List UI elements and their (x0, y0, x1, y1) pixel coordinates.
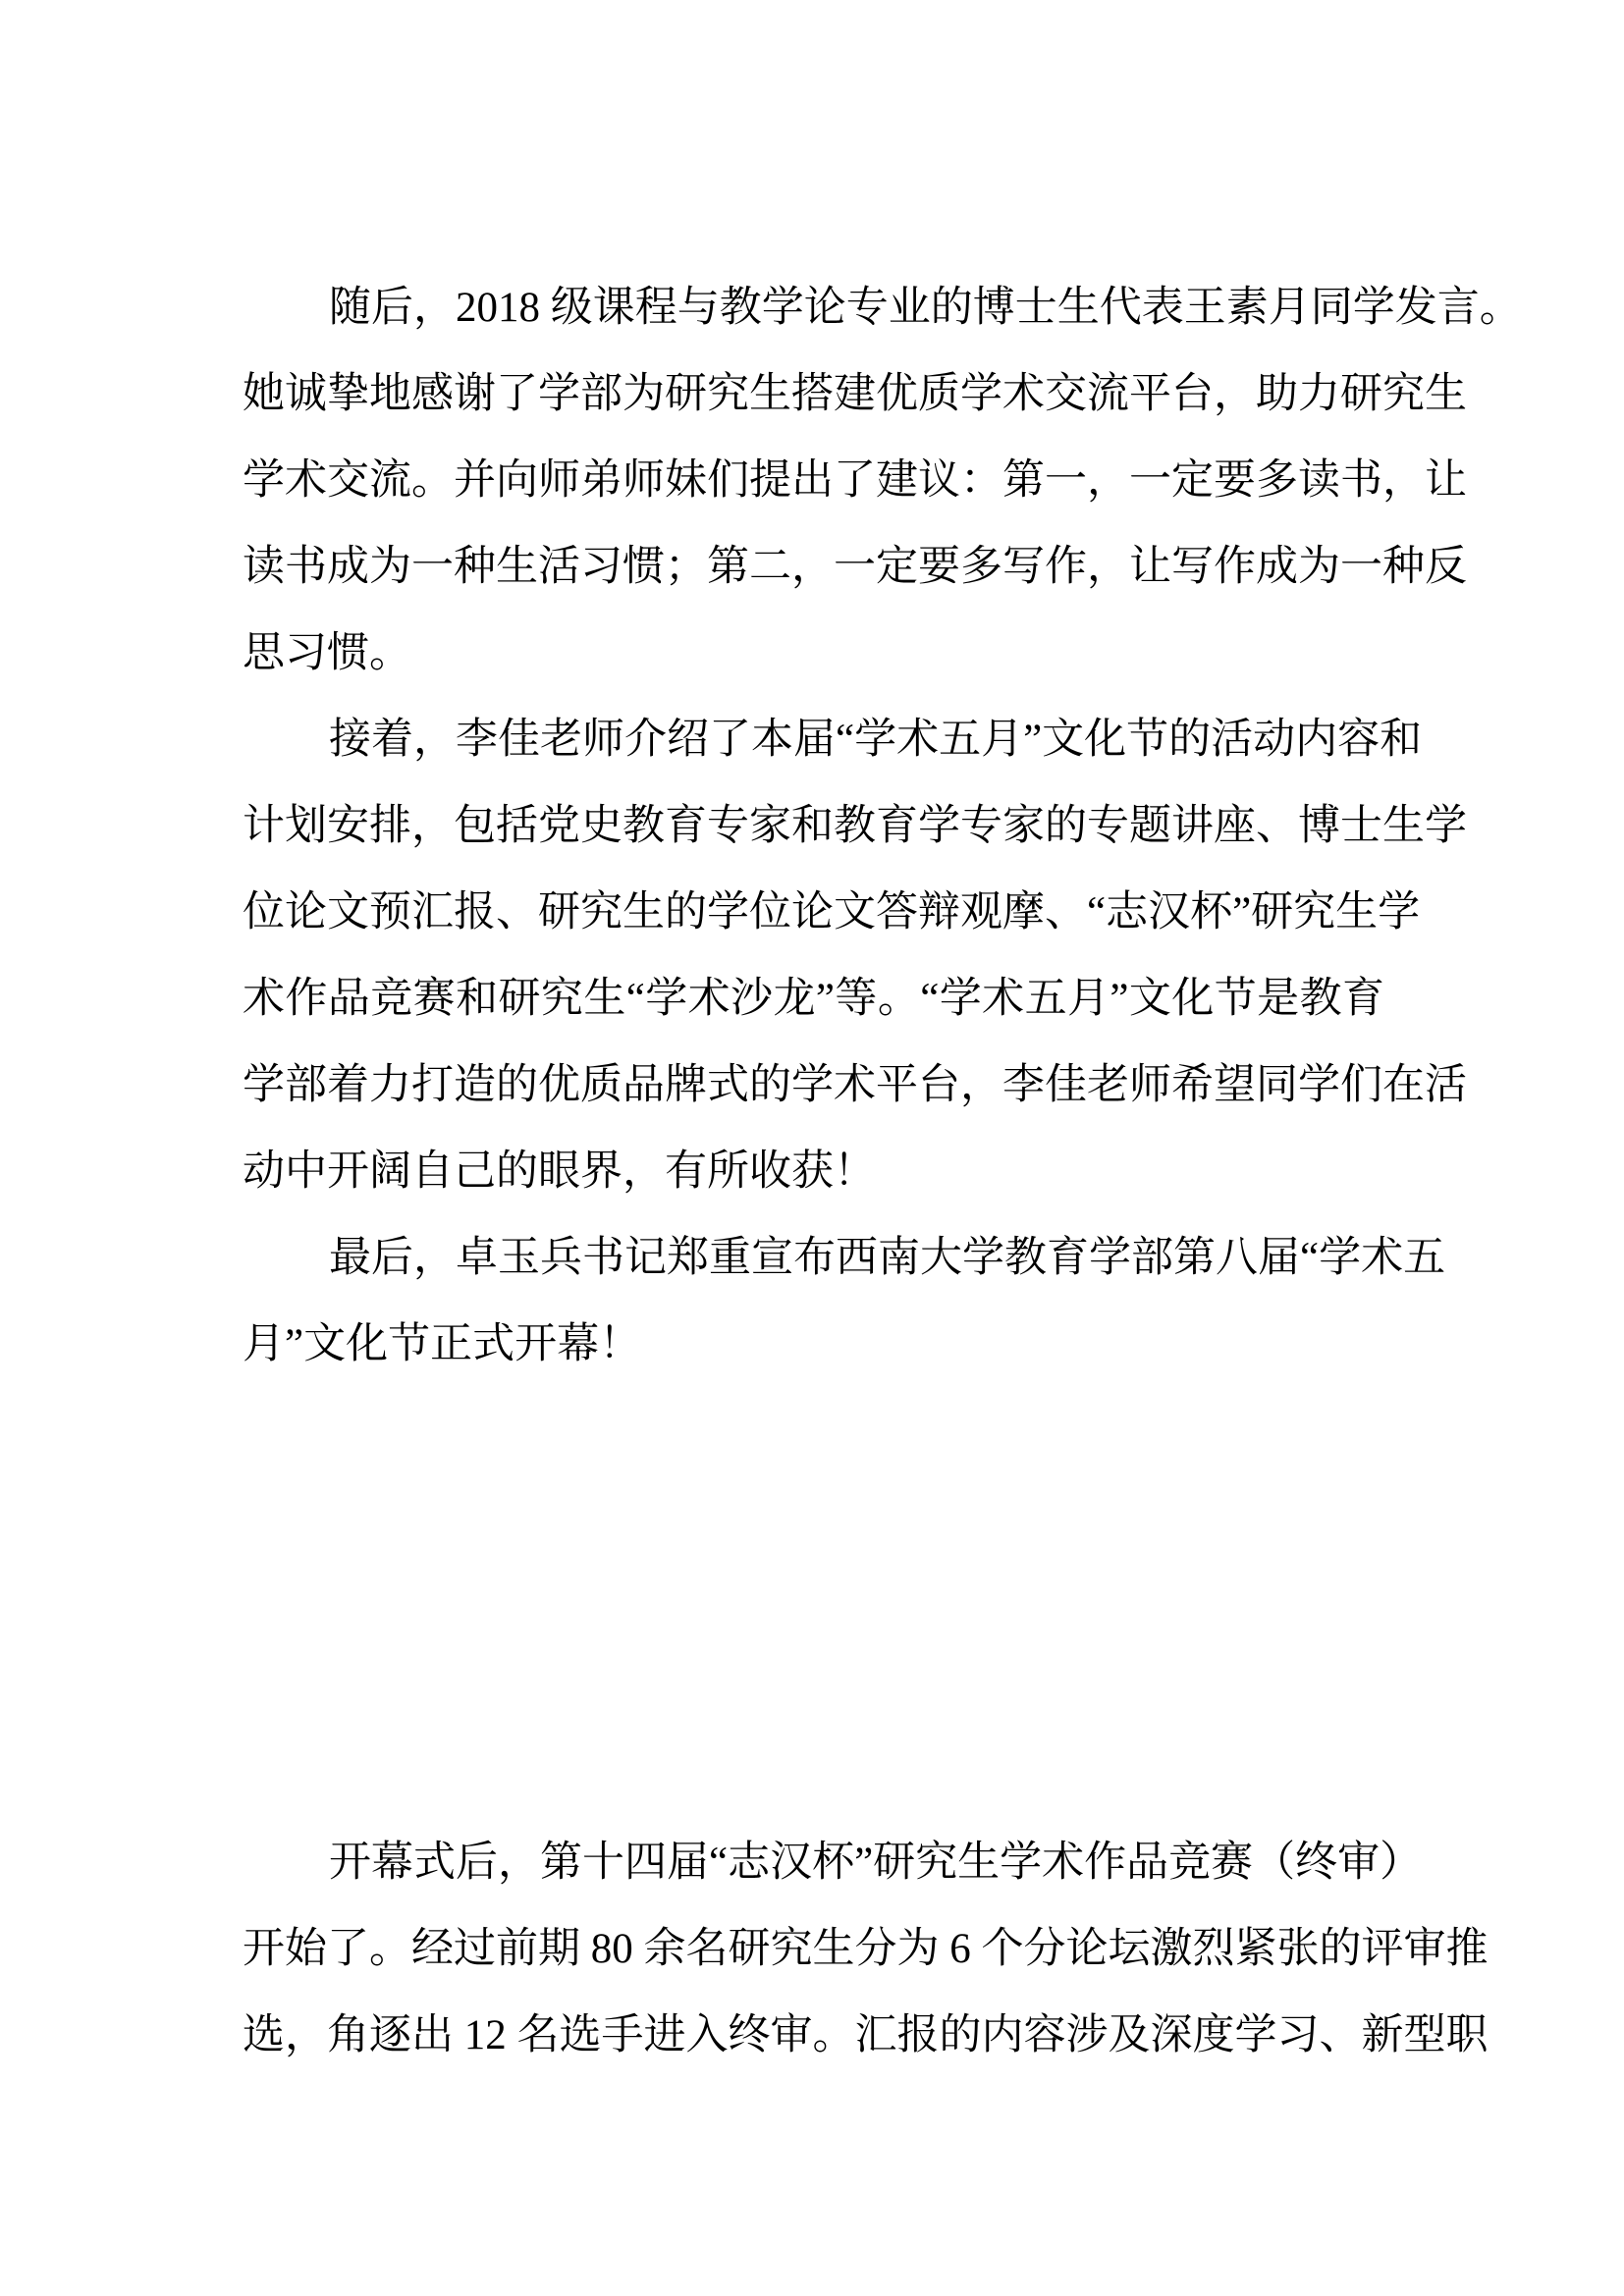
document-page: 随后，2018 级课程与教学论专业的博士生代表王素月同学发言。 她诚挚地感谢了学… (0, 0, 1624, 2296)
text-line: 开幕式后，第十四届“志汉杯”研究生学术作品竞赛（终审） (243, 1820, 1384, 1906)
text-line: 读书成为一种生活习惯；第二，一定要多写作，让写作成为一种反 (243, 524, 1384, 611)
text-line: 学部着力打造的优质品牌式的学术平台，李佳老师希望同学们在活 (243, 1042, 1384, 1129)
text-line: 随后，2018 级课程与教学论专业的博士生代表王素月同学发言。 (243, 265, 1384, 351)
text-line: 动中开阔自己的眼界，有所收获！ (243, 1129, 1384, 1215)
text-line: 开始了。经过前期 80 余名研究生分为 6 个分论坛激烈紧张的评审推 (243, 1906, 1384, 1993)
text-line: 位论文预汇报、研究生的学位论文答辩观摩、“志汉杯”研究生学 (243, 870, 1384, 956)
text-line: 学术交流。并向师弟师妹们提出了建议：第一，一定要多读书，让 (243, 438, 1384, 524)
text-line: 选，角逐出 12 名选手进入终审。汇报的内容涉及深度学习、新型职 (243, 1993, 1384, 2079)
text-line: 术作品竞赛和研究生“学术沙龙”等。“学术五月”文化节是教育 (243, 956, 1384, 1042)
text-line: 月”文化节正式开幕！ (243, 1302, 1384, 1388)
document-text: 随后，2018 级课程与教学论专业的博士生代表王素月同学发言。 她诚挚地感谢了学… (243, 265, 1384, 2079)
text-line: 思习惯。 (243, 611, 1384, 697)
text-line: 计划安排，包括党史教育专家和教育学专家的专题讲座、博士生学 (243, 783, 1384, 870)
text-line: 接着，李佳老师介绍了本届“学术五月”文化节的活动内容和 (243, 697, 1384, 783)
text-line: 最后，卓玉兵书记郑重宣布西南大学教育学部第八届“学术五 (243, 1215, 1384, 1302)
blank-space (243, 1388, 1384, 1820)
text-line: 她诚挚地感谢了学部为研究生搭建优质学术交流平台，助力研究生 (243, 351, 1384, 438)
